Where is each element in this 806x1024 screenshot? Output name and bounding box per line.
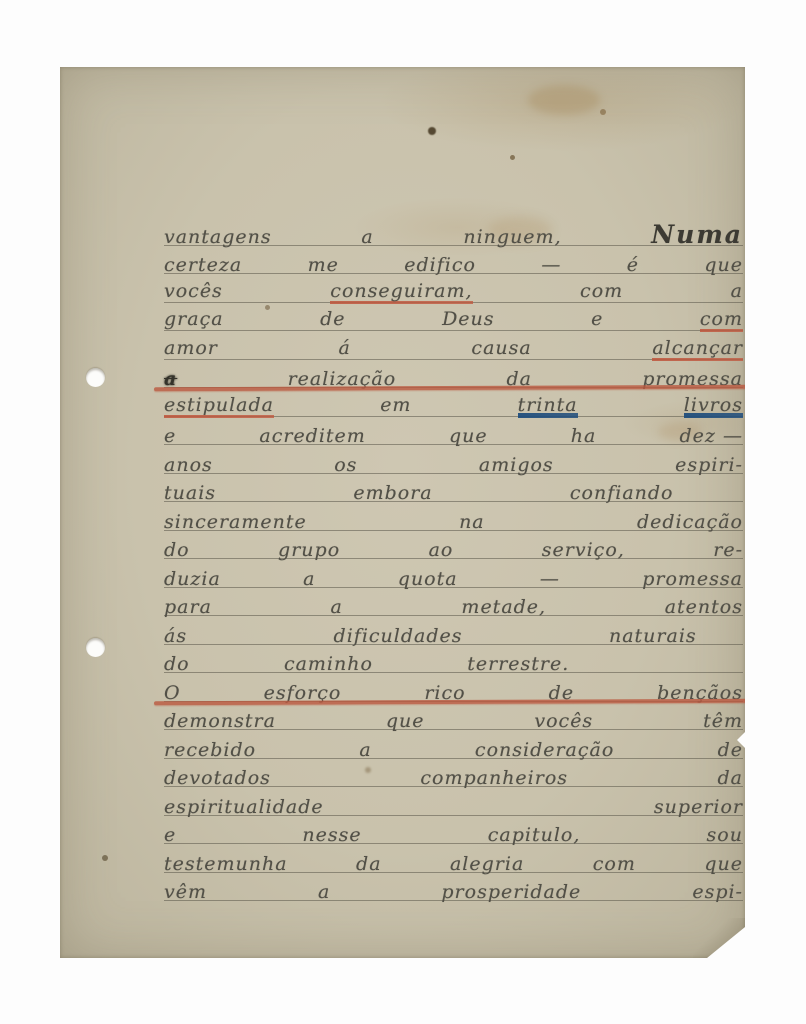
manuscript-word: dificuldades	[334, 627, 463, 646]
stain	[600, 109, 606, 115]
manuscript-line: enessecapitulo,sou	[164, 816, 743, 845]
manuscript-line: anososamigosespiri-	[164, 445, 743, 474]
manuscript-word: que	[704, 855, 743, 874]
manuscript-word: amor	[164, 339, 218, 358]
manuscript-word: de	[718, 741, 743, 760]
manuscript-word: graça	[164, 310, 224, 329]
manuscript-word: anos	[164, 456, 213, 475]
manuscript-word: ninguem,	[463, 228, 561, 247]
manuscript-word: sinceramente	[164, 513, 307, 532]
manuscript-line-words: graçadeDeusecom	[164, 310, 743, 332]
manuscript-word: ha	[571, 427, 597, 446]
manuscript-line: vêmaprosperidadeespi-	[164, 873, 743, 902]
manuscript-word: espi-	[692, 883, 743, 902]
manuscript-word: O	[164, 684, 181, 703]
manuscript-line: estipuladaemtrintalivros	[164, 388, 743, 417]
manuscript-word: a	[359, 741, 371, 760]
manuscript-word: e	[164, 826, 176, 845]
manuscript-word: promessa	[642, 570, 743, 589]
manuscript-word: acreditem	[259, 427, 365, 446]
manuscript-word: dedicação	[637, 513, 743, 532]
manuscript-word: a	[164, 370, 177, 389]
manuscript-word: dez —	[679, 427, 742, 446]
manuscript-line-words: vantagensaninguem,Numa	[164, 222, 743, 247]
manuscript-word: e	[164, 427, 176, 446]
manuscript-line: eacreditemquehadez —	[164, 417, 743, 446]
manuscript-line: certezameedifico—éque	[164, 246, 743, 275]
manuscript-word: do	[164, 655, 190, 674]
manuscript-word: testemunha	[164, 855, 288, 874]
manuscript-line-words: estipuladaemtrintalivros	[164, 396, 743, 418]
manuscript-word: alegria	[450, 855, 524, 874]
manuscript-word: vocês	[164, 282, 223, 301]
manuscript-word: ás	[164, 627, 187, 646]
manuscript-word: re-	[713, 541, 743, 560]
manuscript-word: serviço,	[542, 541, 625, 560]
manuscript-word: da	[718, 769, 744, 788]
manuscript-line-words: espiritualidadesuperior	[164, 798, 743, 817]
manuscript-line: tuaisemboraconfiando	[164, 474, 743, 503]
manuscript-word: para	[164, 598, 212, 617]
manuscript-line-words: ásdificuldadesnaturais	[164, 627, 697, 646]
manuscript-line-words: docaminhoterrestre.	[164, 655, 569, 674]
manuscript-word: capitulo,	[488, 826, 581, 845]
manuscript-word: com	[593, 855, 636, 874]
manuscript-line-words: testemunhadaalegriacomque	[164, 855, 743, 874]
manuscript-word: consideração	[475, 741, 614, 760]
manuscript-line: dogrupoaoserviço,re-	[164, 531, 743, 560]
manuscript-line: recebidoaconsideraçãode	[164, 730, 743, 759]
manuscript-word: me	[308, 256, 339, 275]
manuscript-word: na	[459, 513, 485, 532]
manuscript-word: metade,	[461, 598, 546, 617]
manuscript-word: a	[318, 883, 330, 902]
manuscript-word: e	[591, 310, 603, 329]
manuscript-line-words: amorácausaalcançar	[164, 339, 743, 361]
manuscript-word: naturais	[609, 627, 697, 646]
manuscript-line-words: recebidoaconsideraçãode	[164, 741, 743, 760]
manuscript-word: a	[731, 282, 743, 301]
manuscript-line-words: anososamigosespiri-	[164, 456, 743, 475]
manuscript-line-words: devotadoscompanheirosda	[164, 769, 743, 788]
manuscript-line-words: vocêsconseguiram,coma	[164, 282, 743, 304]
manuscript-line: sinceramentenadedicação	[164, 502, 743, 531]
manuscript-line-words: sinceramentenadedicação	[164, 513, 743, 532]
stain	[528, 85, 600, 115]
manuscript-line: vantagensaninguem,Numa	[164, 217, 743, 246]
manuscript-word: os	[334, 456, 357, 475]
punch-hole-bottom	[86, 638, 105, 657]
manuscript-line-words: enessecapitulo,sou	[164, 826, 743, 845]
manuscript-page: vantagensaninguem,Numacertezameedifico—é…	[60, 67, 745, 958]
manuscript-line-words: vêmaprosperidadeespi-	[164, 883, 743, 902]
manuscript-line-words: demonstraquevocêstêm	[164, 712, 743, 731]
manuscript-word: têm	[703, 712, 743, 731]
manuscript-word: certeza	[164, 256, 242, 275]
manuscript-line-words: certezameedifico—éque	[164, 256, 743, 275]
manuscript-word: —	[541, 256, 561, 275]
manuscript-word: que	[704, 256, 743, 275]
manuscript-line: devotadoscompanheirosda	[164, 759, 743, 788]
manuscript-word: que	[386, 712, 425, 731]
manuscript-text: vantagensaninguem,Numacertezameedifico—é…	[164, 217, 743, 901]
manuscript-word: duzia	[164, 570, 221, 589]
manuscript-word: devotados	[164, 769, 271, 788]
corner-fold	[693, 918, 745, 958]
manuscript-word: trinta	[518, 396, 578, 418]
manuscript-word: edifico	[404, 256, 476, 275]
manuscript-word: da	[356, 855, 382, 874]
manuscript-word: recebido	[164, 741, 256, 760]
manuscript-word: em	[380, 396, 411, 415]
manuscript-word: de	[320, 310, 345, 329]
manuscript-word: a	[331, 598, 343, 617]
manuscript-word: Deus	[442, 310, 494, 329]
manuscript-word: causa	[471, 339, 531, 358]
manuscript-line: testemunhadaalegriacomque	[164, 844, 743, 873]
stain	[102, 855, 108, 861]
manuscript-line-words: tuaisemboraconfiando	[164, 484, 674, 503]
manuscript-line: demonstraquevocêstêm	[164, 702, 743, 731]
manuscript-word: —	[540, 570, 560, 589]
manuscript-line: graçadeDeusecom	[164, 303, 743, 332]
manuscript-word: vocês	[534, 712, 593, 731]
manuscript-word: caminho	[284, 655, 373, 674]
manuscript-line: paraametade,atentos	[164, 588, 743, 617]
manuscript-word: vantagens	[164, 228, 272, 247]
manuscript-word: espiri-	[675, 456, 743, 475]
manuscript-word: vêm	[164, 883, 207, 902]
manuscript-word: conseguiram,	[330, 282, 472, 304]
manuscript-word: grupo	[278, 541, 340, 560]
stain	[510, 155, 515, 160]
manuscript-word: nesse	[302, 826, 361, 845]
manuscript-word: alcançar	[652, 339, 743, 361]
manuscript-word: com	[580, 282, 623, 301]
manuscript-word: livros	[684, 396, 743, 418]
manuscript-word: que	[449, 427, 488, 446]
manuscript-word: ao	[429, 541, 454, 560]
manuscript-word: a	[361, 228, 373, 247]
manuscript-line: ásdificuldadesnaturais	[164, 616, 743, 645]
manuscript-word: Numa	[651, 222, 743, 247]
manuscript-word: é	[627, 256, 639, 275]
manuscript-line: arealizaçãodapromessa	[164, 360, 743, 389]
manuscript-word: prosperidade	[441, 883, 581, 902]
stain	[428, 127, 436, 135]
manuscript-line-words: duziaaquota—promessa	[164, 570, 743, 589]
manuscript-word: estipulada	[164, 396, 274, 418]
manuscript-line: amorácausaalcançar	[164, 331, 743, 360]
manuscript-word: amigos	[479, 456, 554, 475]
manuscript-line-words: dogrupoaoserviço,re-	[164, 541, 743, 560]
manuscript-word: atentos	[665, 598, 743, 617]
manuscript-line-words: eacreditemquehadez —	[164, 427, 743, 446]
manuscript-word: a	[303, 570, 315, 589]
manuscript-line: docaminhoterrestre.	[164, 645, 743, 674]
manuscript-line: duziaaquota—promessa	[164, 559, 743, 588]
manuscript-word: superior	[654, 798, 743, 817]
manuscript-word: confiando	[570, 484, 674, 503]
manuscript-word: á	[338, 339, 350, 358]
manuscript-line: Oesforçoricodebençãos	[164, 673, 743, 702]
manuscript-word: demonstra	[164, 712, 276, 731]
manuscript-word: tuais	[164, 484, 216, 503]
manuscript-word: terrestre.	[467, 655, 569, 674]
manuscript-word: sou	[707, 826, 743, 845]
photo-background: vantagensaninguem,Numacertezameedifico—é…	[0, 0, 806, 1024]
manuscript-word: quota	[398, 570, 458, 589]
manuscript-line: espiritualidadesuperior	[164, 787, 743, 816]
manuscript-word: espiritualidade	[164, 798, 324, 817]
manuscript-line-words: paraametade,atentos	[164, 598, 743, 617]
manuscript-word: embora	[353, 484, 432, 503]
punch-hole-top	[86, 368, 105, 387]
manuscript-word: do	[164, 541, 190, 560]
manuscript-word: com	[700, 310, 743, 332]
manuscript-word: companheiros	[420, 769, 568, 788]
manuscript-line: vocêsconseguiram,coma	[164, 274, 743, 303]
